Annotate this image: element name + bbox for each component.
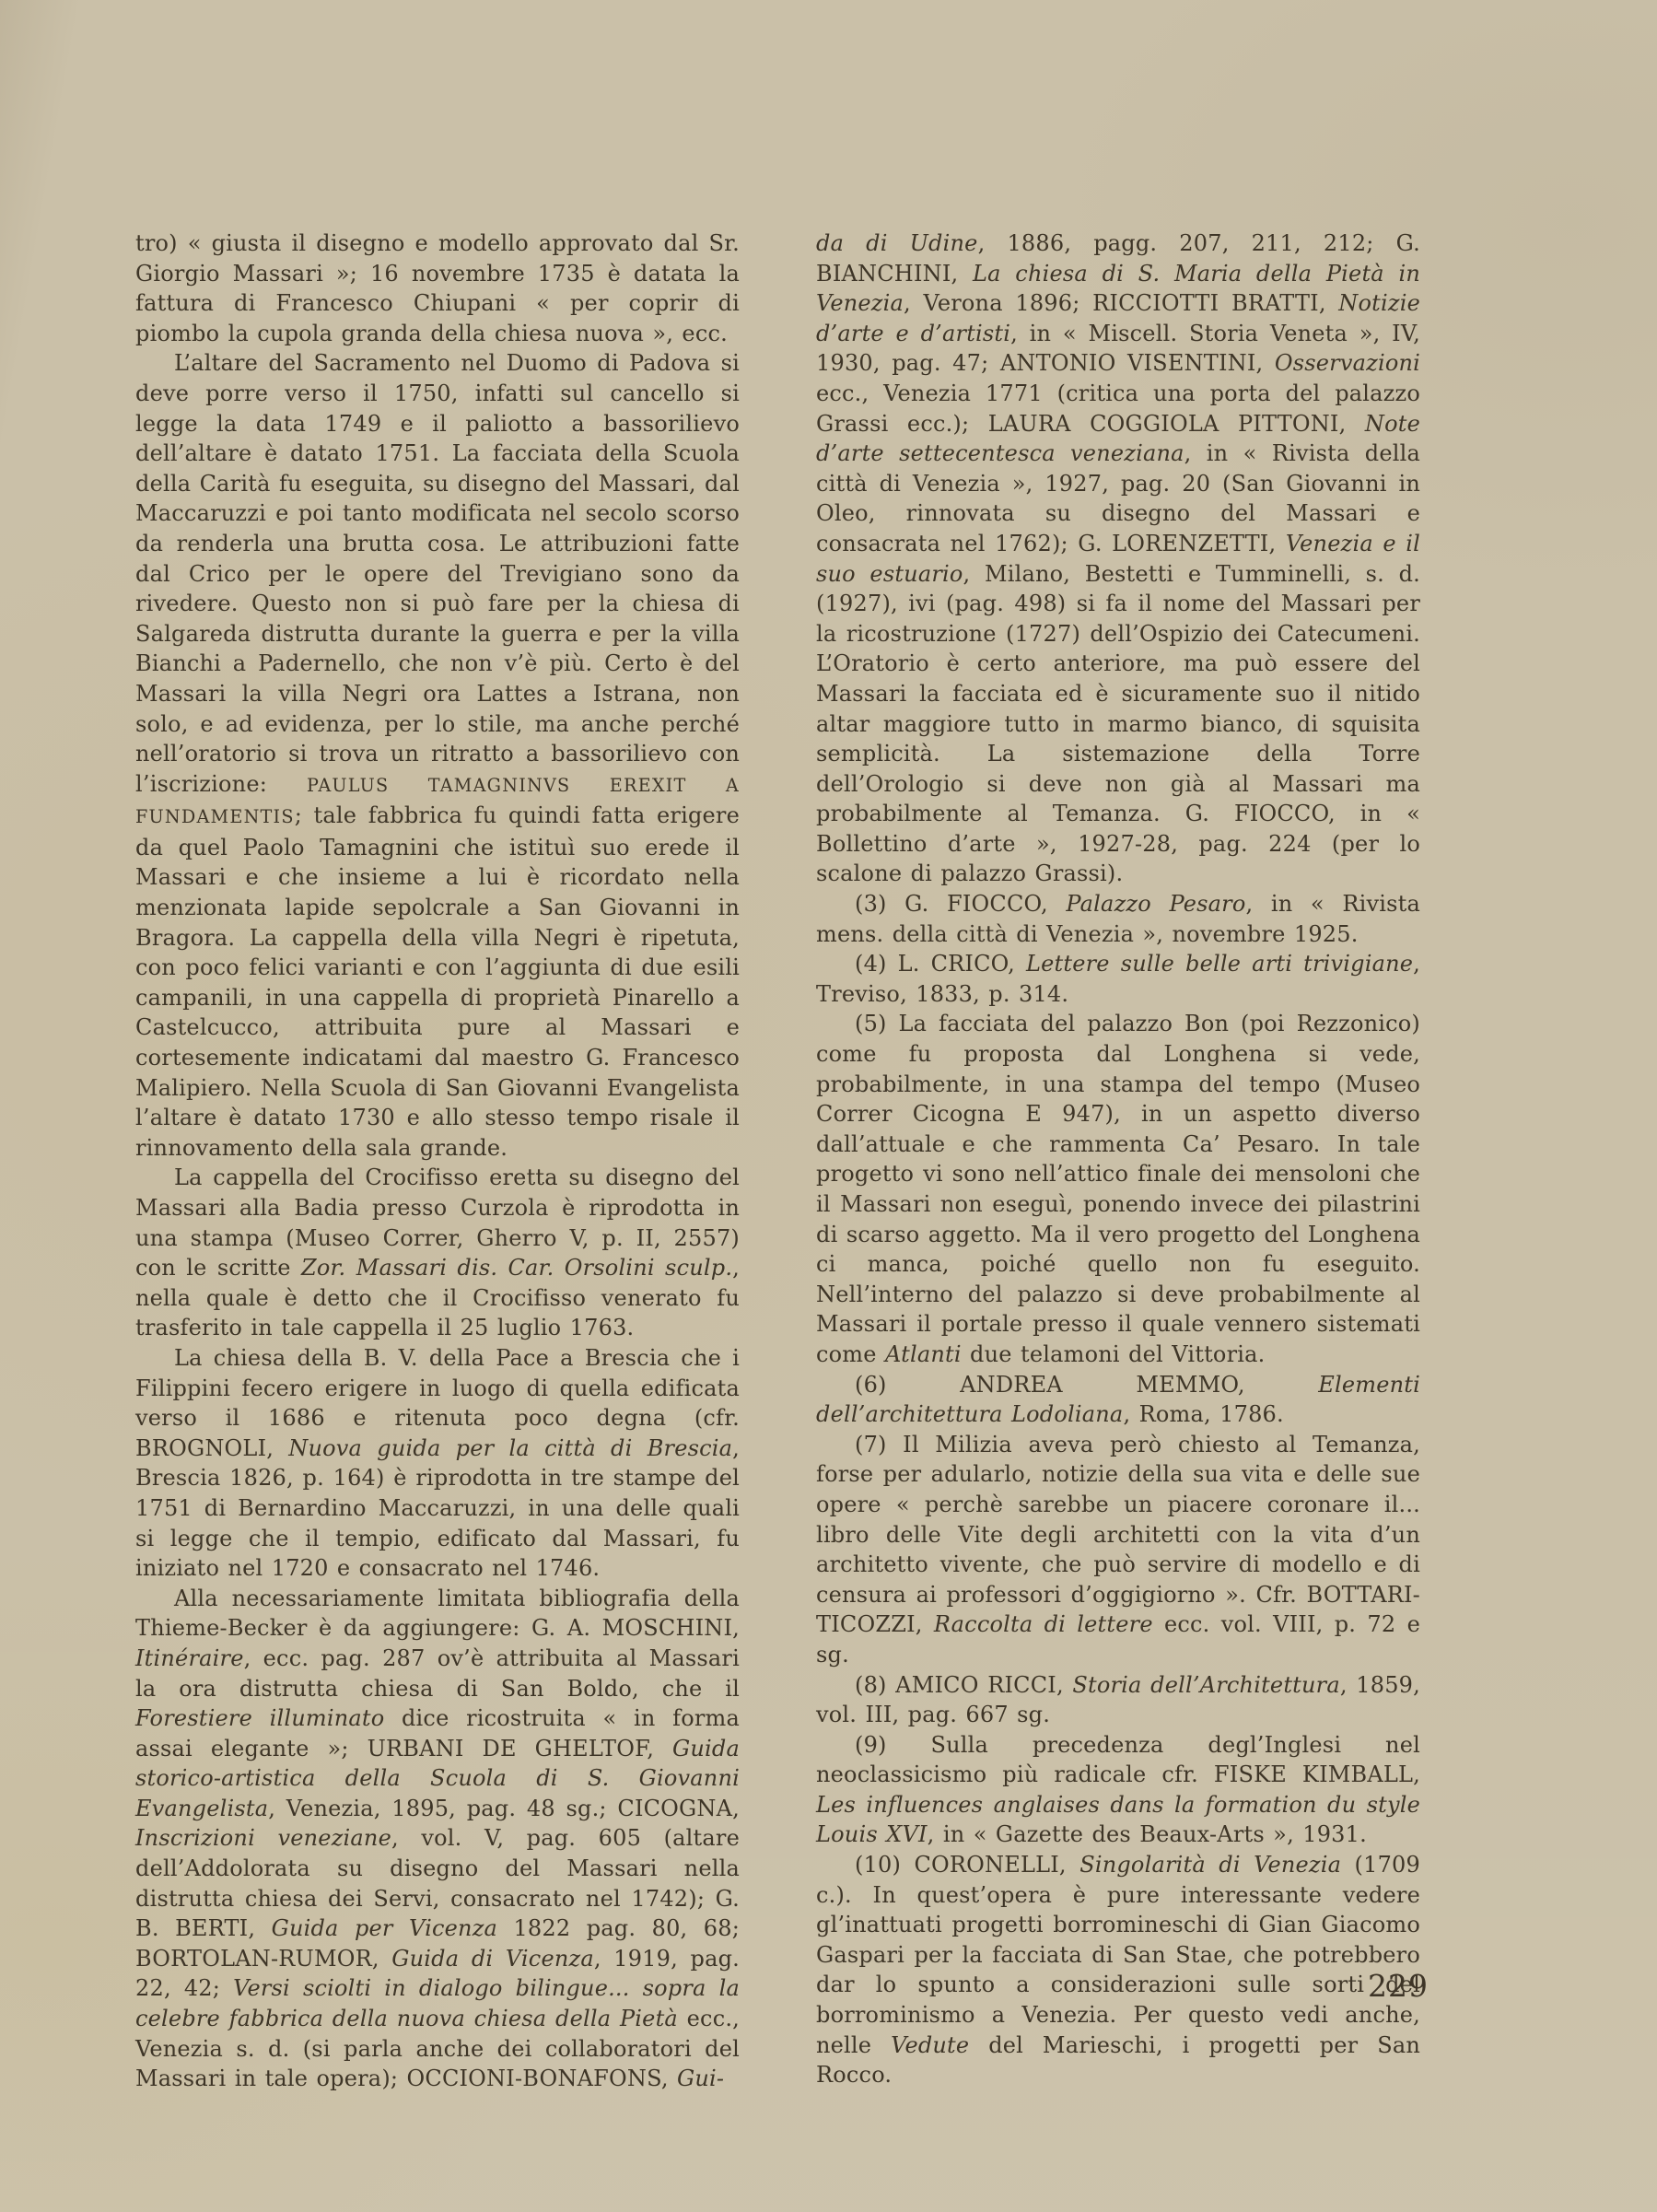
text-run: (5) La facciata del palazzo Bon (poi Rez… <box>816 1011 1420 1367</box>
text-run: , Milano, Bestetti e Tumminelli, s. d. (… <box>816 561 1420 887</box>
italic-text-run: Inscrizioni veneziane <box>135 1825 391 1851</box>
italic-text-run: Atlanti <box>885 1341 962 1367</box>
book-page: tro) « giusta il disegno e modello appro… <box>0 0 1657 2212</box>
paragraph: (5) La facciata del palazzo Bon (poi Rez… <box>816 1009 1420 1369</box>
paragraph: Alla necessariamente limitata bibliograf… <box>135 1584 740 2094</box>
italic-text-run: da di Udine <box>816 230 978 256</box>
italic-text-run: Nuova guida per la città di Brescia <box>288 1435 732 1461</box>
paragraph: (3) G. FIOCCO, Palazzo Pesaro, in « Rivi… <box>816 889 1420 949</box>
text-run: , Roma, 1786. <box>1123 1401 1283 1427</box>
paragraph: L’altare del Sacramento nel Duomo di Pad… <box>135 348 740 1163</box>
text-run: , Venezia, 1895, pag. 48 sg.; CICOGNA, <box>268 1796 740 1821</box>
paragraph: (9) Sulla precedenza degl’Inglesi nel ne… <box>816 1730 1420 1850</box>
italic-text-run: Storia dell’Architettura <box>1072 1672 1339 1698</box>
text-run: L’altare del Sacramento nel Duomo di Pad… <box>135 350 740 796</box>
text-run: , Verona 1896; RICCIOTTI BRATTI, <box>904 290 1338 316</box>
text-column-right: da di Udine, 1886, pagg. 207, 211, 212; … <box>816 228 1420 2090</box>
text-run: ecc., Venezia 1771 (critica una porta de… <box>816 380 1420 437</box>
text-run: (4) L. CRICO, <box>855 951 1026 977</box>
italic-text-run: Lettere sulle belle arti trivigiane <box>1026 951 1413 977</box>
paragraph: (8) AMICO RICCI, Storia dell’Architettur… <box>816 1670 1420 1730</box>
text-run: (6) ANDREA MEMMO, <box>855 1372 1318 1398</box>
italic-text-run: Singolarità di Venezia <box>1079 1852 1341 1878</box>
italic-text-run: Gui- <box>677 2066 724 2091</box>
italic-text-run: Zor. Massari dis. Car. Orsolini sculp. <box>301 1255 732 1281</box>
text-run: (10) CORONELLI, <box>855 1852 1079 1878</box>
italic-text-run: Palazzo Pesaro <box>1066 891 1245 917</box>
italic-text-run: Osservazioni <box>1275 350 1420 376</box>
text-run: (8) AMICO RICCI, <box>855 1672 1072 1698</box>
text-run: tro) « giusta il disegno e modello appro… <box>135 230 740 346</box>
paragraph: La cappella del Crocifisso eretta su dis… <box>135 1163 740 1343</box>
paragraph: (4) L. CRICO, Lettere sulle belle arti t… <box>816 949 1420 1009</box>
text-run: due telamoni del Vittoria. <box>962 1341 1266 1367</box>
paragraph: (10) CORONELLI, Singolarità di Venezia (… <box>816 1850 1420 2090</box>
italic-text-run: Raccolta di lettere <box>934 1611 1153 1637</box>
italic-text-run: Forestiere illuminato <box>135 1705 384 1731</box>
text-run: Alla necessariamente limitata bibliograf… <box>135 1586 740 1642</box>
paragraph: tro) « giusta il disegno e modello appro… <box>135 228 740 348</box>
text-run: (1709 c.). In quest’opera è pure interes… <box>816 1852 1420 2058</box>
paragraph: (6) ANDREA MEMMO, Elementi dell’architet… <box>816 1370 1420 1430</box>
italic-text-run: Itinéraire <box>135 1645 244 1671</box>
italic-text-run: Vedute <box>891 2032 969 2058</box>
paragraph: (7) Il Milizia aveva però chiesto al Tem… <box>816 1430 1420 1670</box>
text-run: (3) G. FIOCCO, <box>855 891 1066 917</box>
text-run: (7) Il Milizia aveva però chiesto al Tem… <box>816 1432 1420 1638</box>
text-run: , in « Gazette des Beaux-Arts », 1931. <box>928 1821 1367 1847</box>
paragraph: da di Udine, 1886, pagg. 207, 211, 212; … <box>816 228 1420 889</box>
text-column-left: tro) « giusta il disegno e modello appro… <box>135 228 740 2094</box>
paragraph: La chiesa della B. V. della Pace a Bresc… <box>135 1343 740 1584</box>
italic-text-run: Guida di Vicenza <box>391 1946 594 1972</box>
page-number: 229 <box>1334 1968 1463 2004</box>
italic-text-run: Guida per Vicenza <box>272 1915 497 1941</box>
text-run: (9) Sulla precedenza degl’Inglesi nel ne… <box>816 1732 1420 1788</box>
text-run: ; tale fabbrica fu quindi fatta erigere … <box>135 802 740 1161</box>
